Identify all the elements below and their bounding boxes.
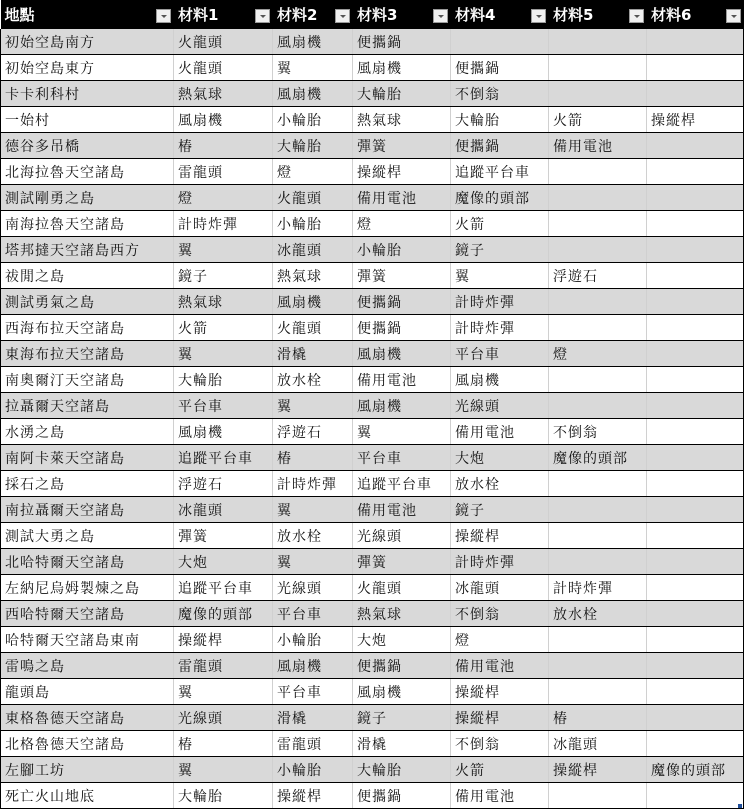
material-cell[interactable]: 火箭: [451, 211, 549, 237]
material-cell[interactable]: [549, 627, 647, 653]
material-cell[interactable]: [647, 679, 744, 705]
material-cell[interactable]: [647, 29, 744, 55]
material-cell[interactable]: 不倒翁: [451, 731, 549, 757]
material-cell[interactable]: 燈: [174, 185, 273, 211]
material-cell[interactable]: 燈: [549, 341, 647, 367]
location-cell[interactable]: 哈特爾天空諸島東南: [1, 627, 174, 653]
header-label: 材料4: [455, 6, 495, 24]
material-cell[interactable]: [647, 211, 744, 237]
material-cell[interactable]: 計時炸彈: [451, 549, 549, 575]
material-cell[interactable]: 雷龍頭: [174, 653, 273, 679]
table-row: 雷鳴之島雷龍頭風扇機便攜鍋備用電池: [1, 653, 744, 679]
material-cell[interactable]: 備用電池: [549, 133, 647, 159]
material-cell[interactable]: 火龍頭: [273, 185, 353, 211]
material-cell[interactable]: 備用電池: [353, 185, 451, 211]
material-cell[interactable]: 燈: [273, 159, 353, 185]
material-cell[interactable]: 小輪胎: [273, 211, 353, 237]
material-cell[interactable]: [647, 289, 744, 315]
material-cell[interactable]: [647, 341, 744, 367]
material-cell[interactable]: 大輪胎: [174, 783, 273, 808]
materials-table: 地點 材料1 材料2 材料3 材料4 材料5 材料6 初始空島南方火龍頭風扇機便…: [0, 0, 744, 807]
material-cell[interactable]: 放水栓: [549, 601, 647, 627]
material-cell[interactable]: 翼: [174, 679, 273, 705]
material-cell[interactable]: [549, 783, 647, 808]
material-cell[interactable]: 火龍頭: [174, 29, 273, 55]
header-label: 地點: [5, 6, 35, 24]
table-row: 南阿卡萊天空諸島追蹤平台車椿平台車大炮魔像的頭部: [1, 445, 744, 471]
location-cell[interactable]: 南海拉魯天空諸島: [1, 211, 174, 237]
material-cell[interactable]: [549, 679, 647, 705]
location-cell[interactable]: 德谷多吊橋: [1, 133, 174, 159]
material-cell[interactable]: [647, 367, 744, 393]
material-cell[interactable]: 平台車: [451, 341, 549, 367]
material-cell[interactable]: [549, 29, 647, 55]
material-cell[interactable]: 翼: [174, 341, 273, 367]
material-cell[interactable]: 操縱桿: [549, 757, 647, 783]
material-cell[interactable]: 翼: [273, 497, 353, 523]
material-cell[interactable]: 雷龍頭: [174, 159, 273, 185]
material-cell[interactable]: 風扇機: [273, 29, 353, 55]
table-row: 北格魯德天空諸島椿雷龍頭滑橇不倒翁冰龍頭: [1, 731, 744, 757]
header-material-2: 材料2: [273, 0, 353, 29]
material-cell[interactable]: 熱氣球: [353, 107, 451, 133]
material-cell[interactable]: 大炮: [353, 627, 451, 653]
location-cell[interactable]: 測試剛勇之島: [1, 185, 174, 211]
table-row: 東格魯德天空諸島光線頭滑橇鏡子操縱桿椿: [1, 705, 744, 731]
material-cell[interactable]: 椿: [174, 731, 273, 757]
material-cell[interactable]: [549, 81, 647, 107]
material-cell[interactable]: 彈簧: [353, 133, 451, 159]
material-cell[interactable]: 風扇機: [353, 55, 451, 81]
material-cell[interactable]: 風扇機: [273, 289, 353, 315]
material-cell[interactable]: [647, 575, 744, 601]
table-row: 北哈特爾天空諸島大炮翼彈簧計時炸彈: [1, 549, 744, 575]
header-material-4: 材料4: [451, 0, 549, 29]
table-row: 龍頭島翼平台車風扇機操縱桿: [1, 679, 744, 705]
material-cell[interactable]: 火龍頭: [273, 315, 353, 341]
material-cell[interactable]: 魔像的頭部: [174, 601, 273, 627]
material-cell[interactable]: 浮遊石: [273, 419, 353, 445]
filter-dropdown-icon[interactable]: [156, 9, 171, 23]
material-cell[interactable]: 熱氣球: [353, 601, 451, 627]
material-cell[interactable]: 滑橇: [273, 705, 353, 731]
material-cell[interactable]: 備用電池: [451, 653, 549, 679]
table-row: 卡卡利科村熱氣球風扇機大輪胎不倒翁: [1, 81, 744, 107]
material-cell[interactable]: [549, 653, 647, 679]
material-cell[interactable]: [549, 211, 647, 237]
table-row: 東海布拉天空諸島翼滑橇風扇機平台車燈: [1, 341, 744, 367]
header-label: 材料6: [651, 6, 691, 24]
header-label: 材料3: [357, 6, 397, 24]
material-cell[interactable]: 大輪胎: [273, 133, 353, 159]
material-cell[interactable]: 計時炸彈: [451, 315, 549, 341]
material-cell[interactable]: 追蹤平台車: [174, 445, 273, 471]
material-cell[interactable]: 放水栓: [273, 523, 353, 549]
material-cell[interactable]: 火箭: [451, 757, 549, 783]
table-row: 死亡火山地底大輪胎操縱桿便攜鍋備用電池: [1, 783, 744, 808]
location-cell[interactable]: 西哈特爾天空諸島: [1, 601, 174, 627]
material-cell[interactable]: 大炮: [174, 549, 273, 575]
material-cell[interactable]: [647, 471, 744, 497]
material-cell[interactable]: 彈簧: [174, 523, 273, 549]
material-cell[interactable]: 鏡子: [174, 263, 273, 289]
table-row: 塔邦撻天空諸島西方翼冰龍頭小輪胎鏡子: [1, 237, 744, 263]
material-cell[interactable]: 熱氣球: [174, 81, 273, 107]
material-cell[interactable]: 魔像的頭部: [451, 185, 549, 211]
material-cell[interactable]: 備用電池: [451, 783, 549, 808]
material-cell[interactable]: [647, 731, 744, 757]
filter-dropdown-icon[interactable]: [433, 9, 448, 23]
material-cell[interactable]: [647, 185, 744, 211]
material-cell[interactable]: 火龍頭: [353, 575, 451, 601]
material-cell[interactable]: [549, 237, 647, 263]
material-cell[interactable]: 操縱桿: [273, 783, 353, 808]
table-row: 測試剛勇之島燈火龍頭備用電池魔像的頭部: [1, 185, 744, 211]
material-cell[interactable]: 翼: [273, 55, 353, 81]
table-row: 北海拉魯天空諸島雷龍頭燈操縱桿追蹤平台車: [1, 159, 744, 185]
location-cell[interactable]: 南奧爾汀天空諸島: [1, 367, 174, 393]
table-row: 南拉聶爾天空諸島冰龍頭翼備用電池鏡子: [1, 497, 744, 523]
material-cell[interactable]: 追蹤平台車: [451, 159, 549, 185]
material-cell[interactable]: [647, 497, 744, 523]
location-cell[interactable]: 東格魯德天空諸島: [1, 705, 174, 731]
table-row: 測試勇氣之島熱氣球風扇機便攜鍋計時炸彈: [1, 289, 744, 315]
material-cell[interactable]: [647, 133, 744, 159]
material-cell[interactable]: 操縱桿: [451, 679, 549, 705]
material-cell[interactable]: 大輪胎: [353, 81, 451, 107]
spreadsheet-table: 地點 材料1 材料2 材料3 材料4 材料5 材料6 初始空島南方火龍頭風扇機便…: [0, 0, 743, 807]
location-cell[interactable]: 塔邦撻天空諸島西方: [1, 237, 174, 263]
material-cell[interactable]: 小輪胎: [273, 107, 353, 133]
material-cell[interactable]: 大輪胎: [174, 367, 273, 393]
location-cell[interactable]: 左納尼烏姆製煉之島: [1, 575, 174, 601]
material-cell[interactable]: 彈簧: [353, 549, 451, 575]
table-row: 西哈特爾天空諸島魔像的頭部平台車熱氣球不倒翁放水栓: [1, 601, 744, 627]
material-cell[interactable]: [647, 393, 744, 419]
header-material-6: 材料6: [647, 0, 744, 29]
filter-dropdown-icon[interactable]: [726, 9, 741, 23]
material-cell[interactable]: [549, 185, 647, 211]
material-cell[interactable]: 不倒翁: [451, 81, 549, 107]
material-cell[interactable]: 追蹤平台車: [174, 575, 273, 601]
material-cell[interactable]: 風扇機: [353, 393, 451, 419]
material-cell[interactable]: 熱氣球: [174, 289, 273, 315]
material-cell[interactable]: 小輪胎: [353, 237, 451, 263]
filter-dropdown-icon[interactable]: [629, 9, 644, 23]
material-cell[interactable]: 風扇機: [353, 341, 451, 367]
table-row: 左腳工坊翼小輪胎大輪胎火箭操縱桿魔像的頭部: [1, 757, 744, 783]
material-cell[interactable]: 火箭: [174, 315, 273, 341]
location-cell[interactable]: 測試勇氣之島: [1, 289, 174, 315]
material-cell[interactable]: 滑橇: [273, 341, 353, 367]
material-cell[interactable]: [647, 783, 744, 808]
table-row: 採石之島浮遊石計時炸彈追蹤平台車放水栓: [1, 471, 744, 497]
location-cell[interactable]: 祓閒之島: [1, 263, 174, 289]
material-cell[interactable]: 便攜鍋: [353, 29, 451, 55]
table-row: 初始空島南方火龍頭風扇機便攜鍋: [1, 29, 744, 55]
material-cell[interactable]: 便攜鍋: [451, 55, 549, 81]
material-cell[interactable]: 滑橇: [353, 731, 451, 757]
material-cell[interactable]: 備用電池: [353, 497, 451, 523]
material-cell[interactable]: 浮遊石: [174, 471, 273, 497]
material-cell[interactable]: 風扇機: [273, 653, 353, 679]
material-cell[interactable]: 追蹤平台車: [353, 471, 451, 497]
material-cell[interactable]: 鏡子: [451, 497, 549, 523]
material-cell[interactable]: 放水栓: [451, 471, 549, 497]
material-cell[interactable]: [647, 601, 744, 627]
material-cell[interactable]: 平台車: [174, 393, 273, 419]
material-cell[interactable]: 大輪胎: [451, 107, 549, 133]
material-cell[interactable]: 風扇機: [273, 81, 353, 107]
material-cell[interactable]: [549, 55, 647, 81]
material-cell[interactable]: 椿: [273, 445, 353, 471]
material-cell[interactable]: 椿: [174, 133, 273, 159]
header-label: 材料1: [178, 6, 218, 24]
location-cell[interactable]: 南阿卡萊天空諸島: [1, 445, 174, 471]
material-cell[interactable]: 平台車: [273, 679, 353, 705]
material-cell[interactable]: 鏡子: [451, 237, 549, 263]
location-cell[interactable]: 北哈特爾天空諸島: [1, 549, 174, 575]
table-row: 哈特爾天空諸島東南操縱桿小輪胎大炮燈: [1, 627, 744, 653]
material-cell[interactable]: 計時炸彈: [451, 289, 549, 315]
header-material-5: 材料5: [549, 0, 647, 29]
material-cell[interactable]: [549, 393, 647, 419]
material-cell[interactable]: 平台車: [273, 601, 353, 627]
material-cell[interactable]: 小輪胎: [273, 627, 353, 653]
material-cell[interactable]: 光線頭: [174, 705, 273, 731]
material-cell[interactable]: 平台車: [353, 445, 451, 471]
table-row: 左納尼烏姆製煉之島追蹤平台車光線頭火龍頭冰龍頭計時炸彈: [1, 575, 744, 601]
material-cell[interactable]: 燈: [451, 627, 549, 653]
material-cell[interactable]: [549, 523, 647, 549]
location-cell[interactable]: 初始空島南方: [1, 29, 174, 55]
material-cell[interactable]: [647, 159, 744, 185]
material-cell[interactable]: 風扇機: [174, 419, 273, 445]
location-cell[interactable]: 左腳工坊: [1, 757, 174, 783]
material-cell[interactable]: [549, 367, 647, 393]
material-cell[interactable]: [647, 315, 744, 341]
material-cell[interactable]: [647, 81, 744, 107]
material-cell[interactable]: 雷龍頭: [273, 731, 353, 757]
location-cell[interactable]: 龍頭島: [1, 679, 174, 705]
material-cell[interactable]: 魔像的頭部: [549, 445, 647, 471]
material-cell[interactable]: 火龍頭: [174, 55, 273, 81]
table-body: 初始空島南方火龍頭風扇機便攜鍋初始空島東方火龍頭翼風扇機便攜鍋卡卡利科村熱氣球風…: [1, 29, 744, 807]
table-row: 南海拉魯天空諸島計時炸彈小輪胎燈火箭: [1, 211, 744, 237]
location-cell[interactable]: 初始空島東方: [1, 55, 174, 81]
table-row: 拉聶爾天空諸島平台車翼風扇機光線頭: [1, 393, 744, 419]
material-cell[interactable]: 計時炸彈: [174, 211, 273, 237]
location-cell[interactable]: 一始村: [1, 107, 174, 133]
material-cell[interactable]: [647, 627, 744, 653]
material-cell[interactable]: 大炮: [451, 445, 549, 471]
material-cell[interactable]: 冰龍頭: [174, 497, 273, 523]
table-row: 測試大勇之島彈簧放水栓光線頭操縱桿: [1, 523, 744, 549]
table-row: 西海布拉天空諸島火箭火龍頭便攜鍋計時炸彈: [1, 315, 744, 341]
material-cell[interactable]: 小輪胎: [273, 757, 353, 783]
material-cell[interactable]: 冰龍頭: [273, 237, 353, 263]
material-cell[interactable]: 冰龍頭: [451, 575, 549, 601]
header-material-3: 材料3: [353, 0, 451, 29]
location-cell[interactable]: 北格魯德天空諸島: [1, 731, 174, 757]
material-cell[interactable]: 翼: [273, 549, 353, 575]
material-cell[interactable]: [647, 237, 744, 263]
material-cell[interactable]: 計時炸彈: [273, 471, 353, 497]
material-cell[interactable]: 便攜鍋: [353, 289, 451, 315]
header-location: 地點: [1, 0, 174, 29]
filter-dropdown-icon[interactable]: [335, 9, 350, 23]
material-cell[interactable]: [647, 55, 744, 81]
material-cell[interactable]: 備用電池: [451, 419, 549, 445]
material-cell[interactable]: 便攜鍋: [353, 783, 451, 808]
material-cell[interactable]: 魔像的頭部: [647, 757, 744, 783]
material-cell[interactable]: [451, 29, 549, 55]
material-cell[interactable]: [549, 289, 647, 315]
material-cell[interactable]: 風扇機: [451, 367, 549, 393]
material-cell[interactable]: 操縱桿: [451, 705, 549, 731]
material-cell[interactable]: 便攜鍋: [353, 653, 451, 679]
material-cell[interactable]: 熱氣球: [273, 263, 353, 289]
location-cell[interactable]: 雷鳴之島: [1, 653, 174, 679]
location-cell[interactable]: 南拉聶爾天空諸島: [1, 497, 174, 523]
material-cell[interactable]: 操縱桿: [451, 523, 549, 549]
material-cell[interactable]: 鏡子: [353, 705, 451, 731]
material-cell[interactable]: 光線頭: [273, 575, 353, 601]
material-cell[interactable]: 火箭: [549, 107, 647, 133]
material-cell[interactable]: 不倒翁: [451, 601, 549, 627]
location-cell[interactable]: 北海拉魯天空諸島: [1, 159, 174, 185]
material-cell[interactable]: 翼: [353, 419, 451, 445]
material-cell[interactable]: [549, 159, 647, 185]
material-cell[interactable]: 椿: [549, 705, 647, 731]
location-cell[interactable]: 採石之島: [1, 471, 174, 497]
location-cell[interactable]: 卡卡利科村: [1, 81, 174, 107]
material-cell[interactable]: [549, 549, 647, 575]
material-cell[interactable]: [647, 705, 744, 731]
material-cell[interactable]: 彈簧: [353, 263, 451, 289]
material-cell[interactable]: 光線頭: [353, 523, 451, 549]
material-cell[interactable]: 翼: [451, 263, 549, 289]
material-cell[interactable]: 光線頭: [451, 393, 549, 419]
location-cell[interactable]: 水湧之島: [1, 419, 174, 445]
location-cell[interactable]: 拉聶爾天空諸島: [1, 393, 174, 419]
material-cell[interactable]: [549, 315, 647, 341]
table-row: 德谷多吊橋椿大輪胎彈簧便攜鍋備用電池: [1, 133, 744, 159]
material-cell[interactable]: [647, 523, 744, 549]
header-material-1: 材料1: [174, 0, 273, 29]
header-row: 地點 材料1 材料2 材料3 材料4 材料5 材料6: [1, 0, 744, 29]
location-cell[interactable]: 東海布拉天空諸島: [1, 341, 174, 367]
material-cell[interactable]: 翼: [174, 757, 273, 783]
location-cell[interactable]: 西海布拉天空諸島: [1, 315, 174, 341]
material-cell[interactable]: 浮遊石: [549, 263, 647, 289]
material-cell[interactable]: 便攜鍋: [353, 315, 451, 341]
material-cell[interactable]: [549, 497, 647, 523]
filter-dropdown-icon[interactable]: [531, 9, 546, 23]
material-cell[interactable]: [549, 471, 647, 497]
material-cell[interactable]: 風扇機: [353, 679, 451, 705]
material-cell[interactable]: 冰龍頭: [549, 731, 647, 757]
table-row: 一始村風扇機小輪胎熱氣球大輪胎火箭操縱桿: [1, 107, 744, 133]
filter-dropdown-icon[interactable]: [255, 9, 270, 23]
material-cell[interactable]: 燈: [353, 211, 451, 237]
material-cell[interactable]: 風扇機: [174, 107, 273, 133]
header-label: 材料2: [277, 6, 317, 24]
material-cell[interactable]: [647, 549, 744, 575]
material-cell[interactable]: [647, 419, 744, 445]
material-cell[interactable]: 放水栓: [273, 367, 353, 393]
location-cell[interactable]: 死亡火山地底: [1, 783, 174, 808]
material-cell[interactable]: 操縱桿: [174, 627, 273, 653]
material-cell[interactable]: 翼: [174, 237, 273, 263]
material-cell[interactable]: [647, 445, 744, 471]
table-row: 初始空島東方火龍頭翼風扇機便攜鍋: [1, 55, 744, 81]
material-cell[interactable]: 翼: [273, 393, 353, 419]
material-cell[interactable]: 大輪胎: [353, 757, 451, 783]
material-cell[interactable]: 操縱桿: [353, 159, 451, 185]
material-cell[interactable]: [647, 653, 744, 679]
table-row: 南奧爾汀天空諸島大輪胎放水栓備用電池風扇機: [1, 367, 744, 393]
table-row: 祓閒之島鏡子熱氣球彈簧翼浮遊石: [1, 263, 744, 289]
material-cell[interactable]: [647, 263, 744, 289]
material-cell[interactable]: 操縱桿: [647, 107, 744, 133]
header-label: 材料5: [553, 6, 593, 24]
location-cell[interactable]: 測試大勇之島: [1, 523, 174, 549]
material-cell[interactable]: 計時炸彈: [549, 575, 647, 601]
table-row: 水湧之島風扇機浮遊石翼備用電池不倒翁: [1, 419, 744, 445]
material-cell[interactable]: 便攜鍋: [451, 133, 549, 159]
material-cell[interactable]: 備用電池: [353, 367, 451, 393]
material-cell[interactable]: 不倒翁: [549, 419, 647, 445]
